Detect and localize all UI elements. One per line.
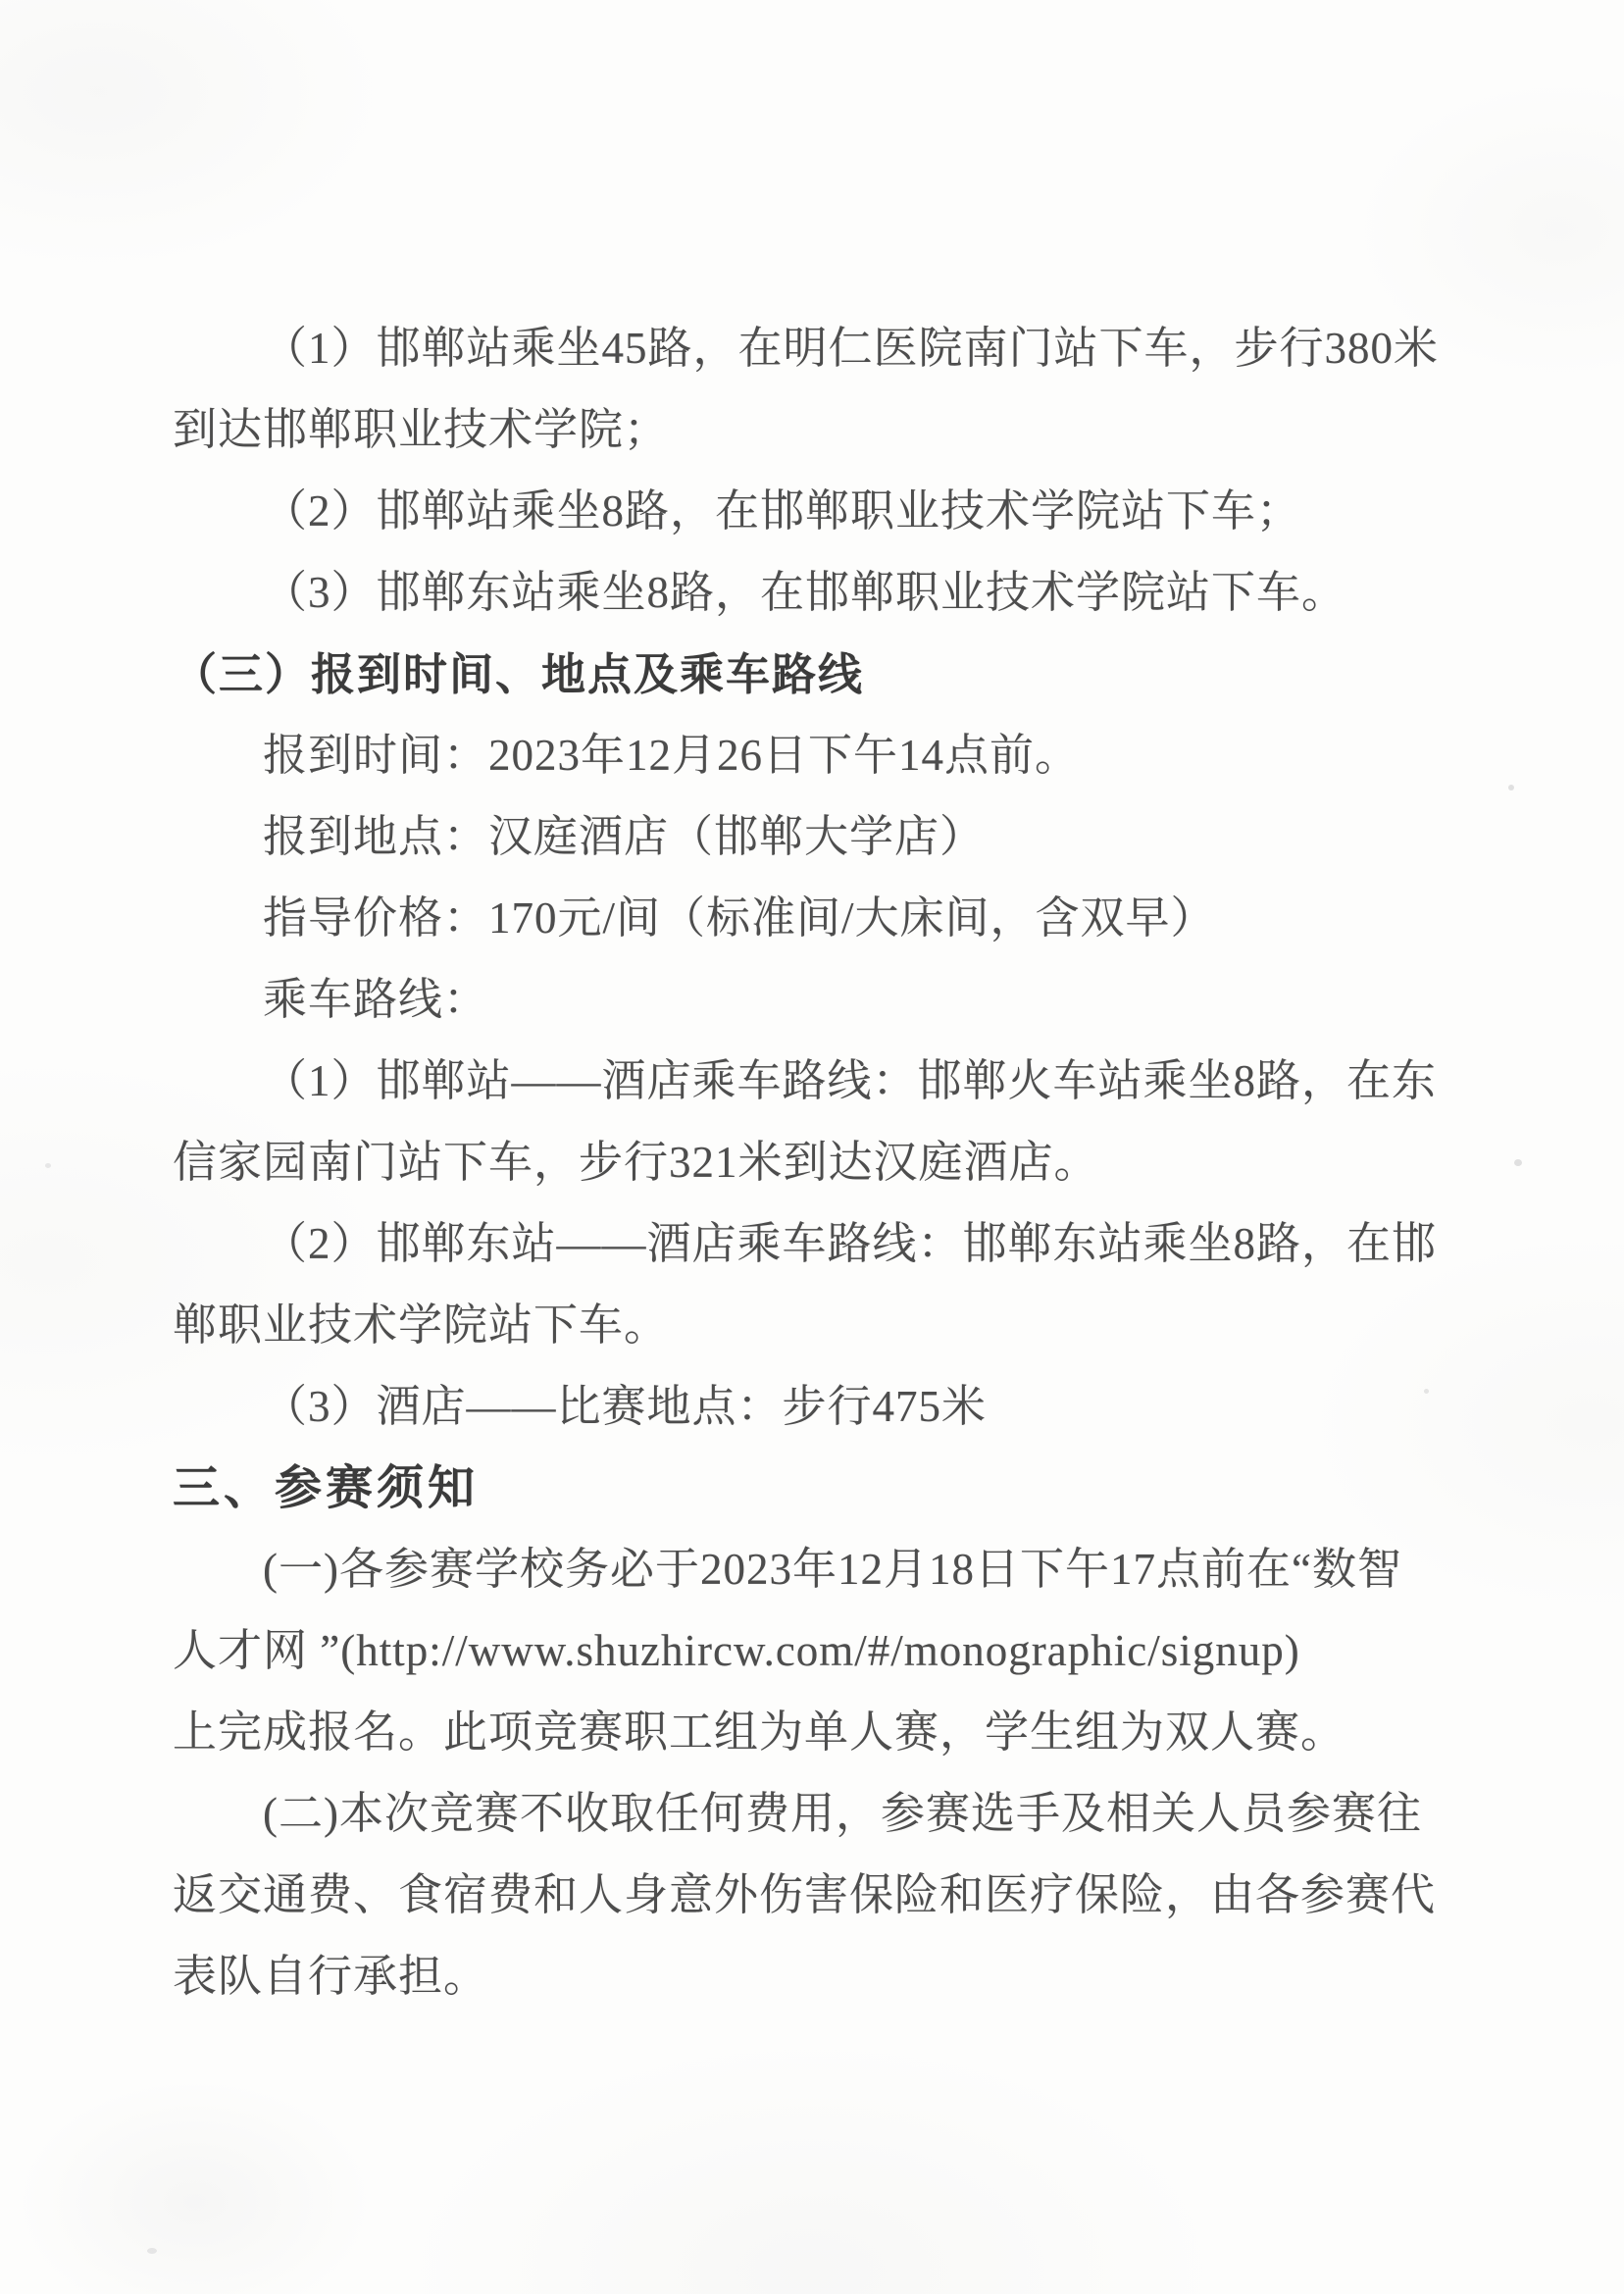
text-line: （1）邯郸站——酒店乘车路线：邯郸火车站乘坐8路，在东 <box>173 1041 1500 1122</box>
text-line: （2）邯郸东站——酒店乘车路线：邯郸东站乘坐8路，在邯 <box>173 1203 1500 1285</box>
text-line: （1）邯郸站乘坐45路，在明仁医院南门站下车，步行380米 <box>173 308 1500 389</box>
text-line: （2）邯郸站乘坐8路，在邯郸职业技术学院站下车； <box>173 471 1500 552</box>
paragraph: （2）邯郸站乘坐8路，在邯郸职业技术学院站下车； <box>173 471 1500 552</box>
document-content: （1）邯郸站乘坐45路，在明仁医院南门站下车，步行380米到达邯郸职业技术学院；… <box>173 308 1500 2017</box>
paragraph: 报到时间：2023年12月26日下午14点前。 <box>173 715 1500 796</box>
text-line: 报到时间：2023年12月26日下午14点前。 <box>173 715 1500 796</box>
text-line: 表队自行承担。 <box>173 1936 1500 2017</box>
text-line: (一)各参赛学校务必于2023年12月18日下午17点前在“数智 <box>173 1529 1500 1610</box>
scan-speck <box>1514 1159 1522 1166</box>
scanned-document-page: （1）邯郸站乘坐45路，在明仁医院南门站下车，步行380米到达邯郸职业技术学院；… <box>0 0 1624 2294</box>
paragraph: （1）邯郸站——酒店乘车路线：邯郸火车站乘坐8路，在东信家园南门站下车，步行32… <box>173 1041 1500 1203</box>
section-heading: （三）报到时间、地点及乘车路线 <box>173 634 1500 715</box>
text-line: 郸职业技术学院站下车。 <box>173 1285 1500 1366</box>
heading-line: （三）报到时间、地点及乘车路线 <box>173 634 1500 715</box>
paragraph: (一)各参赛学校务必于2023年12月18日下午17点前在“数智人才网 ”(ht… <box>173 1529 1500 1773</box>
text-line: （3）邯郸东站乘坐8路，在邯郸职业技术学院站下车。 <box>173 552 1500 634</box>
text-line: (二)本次竞赛不收取任何费用，参赛选手及相关人员参赛往 <box>173 1773 1500 1855</box>
heading-line: 三、参赛须知 <box>173 1448 1500 1529</box>
paragraph: （2）邯郸东站——酒店乘车路线：邯郸东站乘坐8路，在邯郸职业技术学院站下车。 <box>173 1203 1500 1366</box>
paragraph: （3）酒店——比赛地点：步行475米 <box>173 1366 1500 1448</box>
text-line: 上完成报名。此项竞赛职工组为单人赛，学生组为双人赛。 <box>173 1692 1500 1773</box>
scan-speck <box>45 1163 51 1168</box>
paragraph: 乘车路线： <box>173 959 1500 1041</box>
scan-speck <box>1508 785 1514 790</box>
scan-speck <box>147 2248 157 2254</box>
text-line: 信家园南门站下车，步行321米到达汉庭酒店。 <box>173 1122 1500 1203</box>
text-line: 返交通费、食宿费和人身意外伤害保险和医疗保险，由各参赛代 <box>173 1855 1500 1936</box>
paragraph: 报到地点：汉庭酒店（邯郸大学店） <box>173 796 1500 878</box>
paragraph: （3）邯郸东站乘坐8路，在邯郸职业技术学院站下车。 <box>173 552 1500 634</box>
text-line: 指导价格：170元/间（标准间/大床间，含双早） <box>173 878 1500 959</box>
section-heading: 三、参赛须知 <box>173 1448 1500 1529</box>
paragraph: 指导价格：170元/间（标准间/大床间，含双早） <box>173 878 1500 959</box>
paragraph: (二)本次竞赛不收取任何费用，参赛选手及相关人员参赛往返交通费、食宿费和人身意外… <box>173 1773 1500 2017</box>
text-line: 报到地点：汉庭酒店（邯郸大学店） <box>173 796 1500 878</box>
text-line: （3）酒店——比赛地点：步行475米 <box>173 1366 1500 1448</box>
text-line: 人才网 ”(http://www.shuzhircw.com/#/monogra… <box>173 1610 1500 1692</box>
text-line: 乘车路线： <box>173 959 1500 1041</box>
paragraph: （1）邯郸站乘坐45路，在明仁医院南门站下车，步行380米到达邯郸职业技术学院； <box>173 308 1500 471</box>
text-line: 到达邯郸职业技术学院； <box>173 389 1500 471</box>
